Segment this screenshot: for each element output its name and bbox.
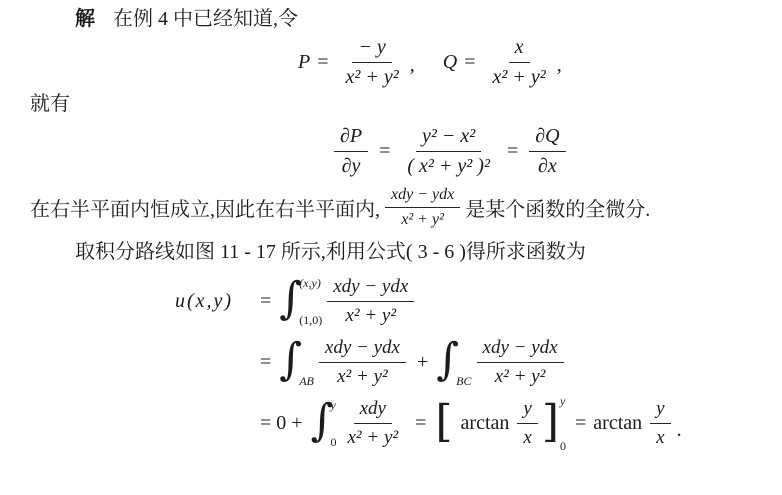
integral-upper-bound: (x,y): [299, 277, 322, 290]
left-bracket: [: [435, 400, 452, 444]
integrand-fraction: xdy x² + y²: [342, 398, 405, 449]
paragraph-path: 取积分路线如图 11 - 17 所示,利用公式( 3 - 6 )得所求函数为: [75, 239, 782, 265]
partial-Q: ∂Q: [529, 125, 565, 152]
integrand-denominator: x² + y²: [339, 302, 402, 327]
integrand-numerator: xdy − ydx: [477, 337, 564, 363]
derivation-row-3: = 0 + ∫ y 0 xdy x² + y² = [ arctan y x: [175, 393, 782, 454]
bracket-lower-bound: 0: [560, 440, 566, 453]
bracket-fraction-numerator: y: [517, 398, 537, 424]
path-text: 取积分路线如图 11 - 17 所示,利用公式( 3 - 6 )得所求函数为: [75, 241, 586, 263]
bracket-bounds: y 0: [560, 396, 566, 452]
integral-upper-bound: y: [331, 399, 337, 412]
fraction-p-numerator: − y: [352, 36, 391, 63]
integral-BC: ∫ BC: [436, 339, 471, 387]
comma: ,: [410, 54, 415, 77]
integrand-fraction: xdy − ydx x² + y²: [477, 337, 564, 388]
fraction-middle: y² − x² ( x² + y² )²: [401, 125, 496, 178]
integrand-fraction: xdy − ydx x² + y²: [319, 337, 406, 388]
fraction-q: x x² + y²: [486, 36, 551, 89]
equals-sign: =: [464, 51, 475, 74]
integral-lower-bound: (1,0): [299, 314, 322, 327]
equation-pq: P = − y x² + y² , Q = x x² + y² ,: [298, 36, 782, 89]
solve-label: 解: [75, 8, 95, 30]
inline-fraction: xdy − ydx x² + y²: [385, 186, 460, 229]
arctan-label: arctan: [461, 412, 510, 435]
result-fraction-denominator: x: [650, 424, 670, 449]
partial-x: ∂x: [532, 152, 563, 178]
integrand-denominator: x² + y²: [489, 363, 552, 388]
solution-intro-line: 解在例 4 中已经知道,令: [75, 6, 782, 32]
fraction-q-denominator: x² + y²: [486, 63, 551, 89]
integrand-denominator: x² + y²: [331, 363, 394, 388]
paragraph-domain: 在右半平面内恒成立,因此在右半平面内, xdy − ydx x² + y² 是某…: [30, 186, 782, 229]
derivation-block: u(x,y) = ∫ (x,y) (1,0) xdy − ydx x² + y²…: [175, 271, 782, 454]
integrand-numerator: xdy − ydx: [327, 276, 414, 302]
integral-bounds: (x,y) (1,0): [299, 278, 322, 326]
integrand-fraction: xdy − ydx x² + y²: [327, 276, 414, 327]
fraction-middle-denominator: ( x² + y² )²: [401, 152, 496, 178]
fraction-dP-dy: ∂P ∂y: [334, 125, 368, 178]
fraction-p-denominator: x² + y²: [340, 63, 405, 89]
total-differential-text: 是某个函数的全微分.: [465, 193, 650, 222]
fraction-p: − y x² + y²: [340, 36, 405, 89]
fraction-dQ-dx: ∂Q ∂x: [529, 125, 565, 178]
arctan-label: arctan: [593, 412, 642, 435]
partial-y: ∂y: [336, 152, 367, 178]
integral-lower-bound: 0: [331, 436, 337, 449]
bracket-fraction-denominator: x: [517, 424, 537, 449]
inline-fraction-denominator: x² + y²: [395, 208, 450, 229]
right-bracket: ]: [542, 400, 559, 444]
bracket-fraction: y x: [517, 398, 537, 449]
derivation-row-1: u(x,y) = ∫ (x,y) (1,0) xdy − ydx x² + y²: [175, 271, 782, 332]
integral-0-y: ∫ y 0: [311, 400, 337, 448]
partial-P: ∂P: [334, 125, 368, 152]
integral: ∫ (x,y) (1,0): [279, 278, 322, 326]
comma: ,: [557, 54, 562, 77]
equals-sign: =: [379, 140, 390, 163]
integrand-denominator: x² + y²: [342, 424, 405, 449]
bracket-upper-bound: y: [560, 395, 566, 408]
period: .: [677, 419, 682, 442]
var-Q: Q: [443, 51, 457, 74]
result-fraction: y x: [650, 398, 670, 449]
then-text: 就有: [30, 93, 70, 115]
intro-text: 在例 4 中已经知道,令: [113, 8, 298, 30]
equals-sign: =: [317, 51, 328, 74]
fraction-q-numerator: x: [509, 36, 530, 63]
integral-lower-bound: AB: [299, 375, 314, 388]
equals-sign: =: [575, 412, 586, 435]
result-fraction-numerator: y: [650, 398, 670, 424]
fraction-middle-numerator: y² − x²: [416, 125, 481, 152]
equals-sign: =: [415, 412, 426, 435]
var-P: P: [298, 51, 310, 74]
integral-AB: ∫ AB: [279, 339, 314, 387]
derivation-row-2: = ∫ AB xdy − ydx x² + y² + ∫ BC xdy − yd…: [175, 332, 782, 393]
u-function: u(x,y): [175, 290, 253, 313]
equals-sign: =: [507, 140, 518, 163]
integrand-numerator: xdy: [354, 398, 392, 424]
inline-fraction-numerator: xdy − ydx: [385, 186, 460, 208]
integral-lower-bound: BC: [456, 375, 471, 388]
equals-sign: =: [260, 351, 271, 374]
equals-sign: =: [260, 290, 271, 313]
bracket-expression: [ arctan y x ] y 0: [435, 396, 566, 452]
integrand-numerator: xdy − ydx: [319, 337, 406, 363]
equation-partial: ∂P ∂y = y² − x² ( x² + y² )² = ∂Q ∂x: [330, 125, 782, 178]
plus-sign: +: [417, 351, 428, 374]
then-line: 就有: [30, 91, 782, 117]
textbook-page: 解在例 4 中已经知道,令 P = − y x² + y² , Q = x x²…: [0, 0, 782, 495]
holds-text: 在右半平面内恒成立,因此在右半平面内,: [30, 193, 380, 222]
equals-zero-plus: = 0 +: [260, 412, 303, 435]
